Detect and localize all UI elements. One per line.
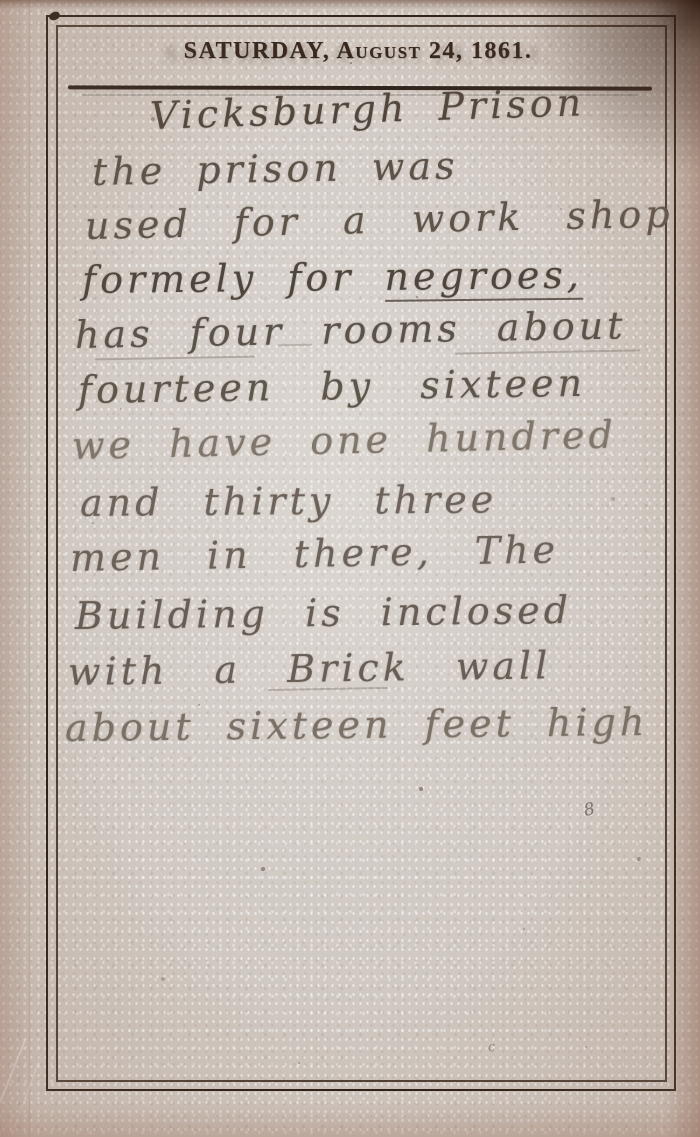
diary-page-photo: SATURDAY, August 24, 1861. SATURDAY, Aug… bbox=[0, 0, 700, 1137]
underlined-word: negroes, bbox=[384, 253, 583, 302]
handwriting-line: about sixteen feet high bbox=[65, 702, 649, 750]
handwriting-line: Vicksburgh Prison bbox=[149, 82, 585, 137]
handwriting-line: formely for negroes, bbox=[82, 255, 583, 302]
handwriting-text: Vicksburgh Prison bbox=[149, 80, 585, 138]
handwriting-text: used for a work shop bbox=[85, 192, 674, 248]
handwriting-text: and thirty three bbox=[80, 477, 498, 525]
handwriting-text: we have one hundred bbox=[72, 413, 618, 468]
handwriting-text: fourteen by sixteen bbox=[78, 361, 587, 412]
handwriting-line: we have one hundred bbox=[72, 415, 618, 468]
handwriting-text: formely for bbox=[82, 255, 385, 302]
handwritten-entry: Vicksburgh Prison the prison was used fo… bbox=[0, 0, 700, 1137]
handwriting-text: has four rooms about bbox=[75, 303, 627, 357]
handwriting-text: the prison was bbox=[92, 144, 459, 194]
handwriting-line: Building is inclosed bbox=[75, 590, 573, 638]
handwriting-text: with a Brick wall bbox=[68, 643, 552, 694]
handwriting-line: with a Brick wall bbox=[68, 645, 552, 694]
handwriting-line: the prison was bbox=[92, 146, 459, 194]
handwriting-text: Building is inclosed bbox=[75, 588, 573, 638]
handwriting-text: men in there, The bbox=[70, 527, 560, 580]
handwriting-line: men in there, The bbox=[70, 529, 560, 579]
handwriting-line: has four rooms about bbox=[75, 305, 627, 356]
handwriting-line: and thirty three bbox=[80, 479, 498, 524]
handwriting-line: used for a work shop bbox=[85, 194, 674, 248]
handwriting-line: fourteen by sixteen bbox=[78, 363, 587, 412]
handwriting-text: about sixteen feet high bbox=[65, 700, 649, 750]
